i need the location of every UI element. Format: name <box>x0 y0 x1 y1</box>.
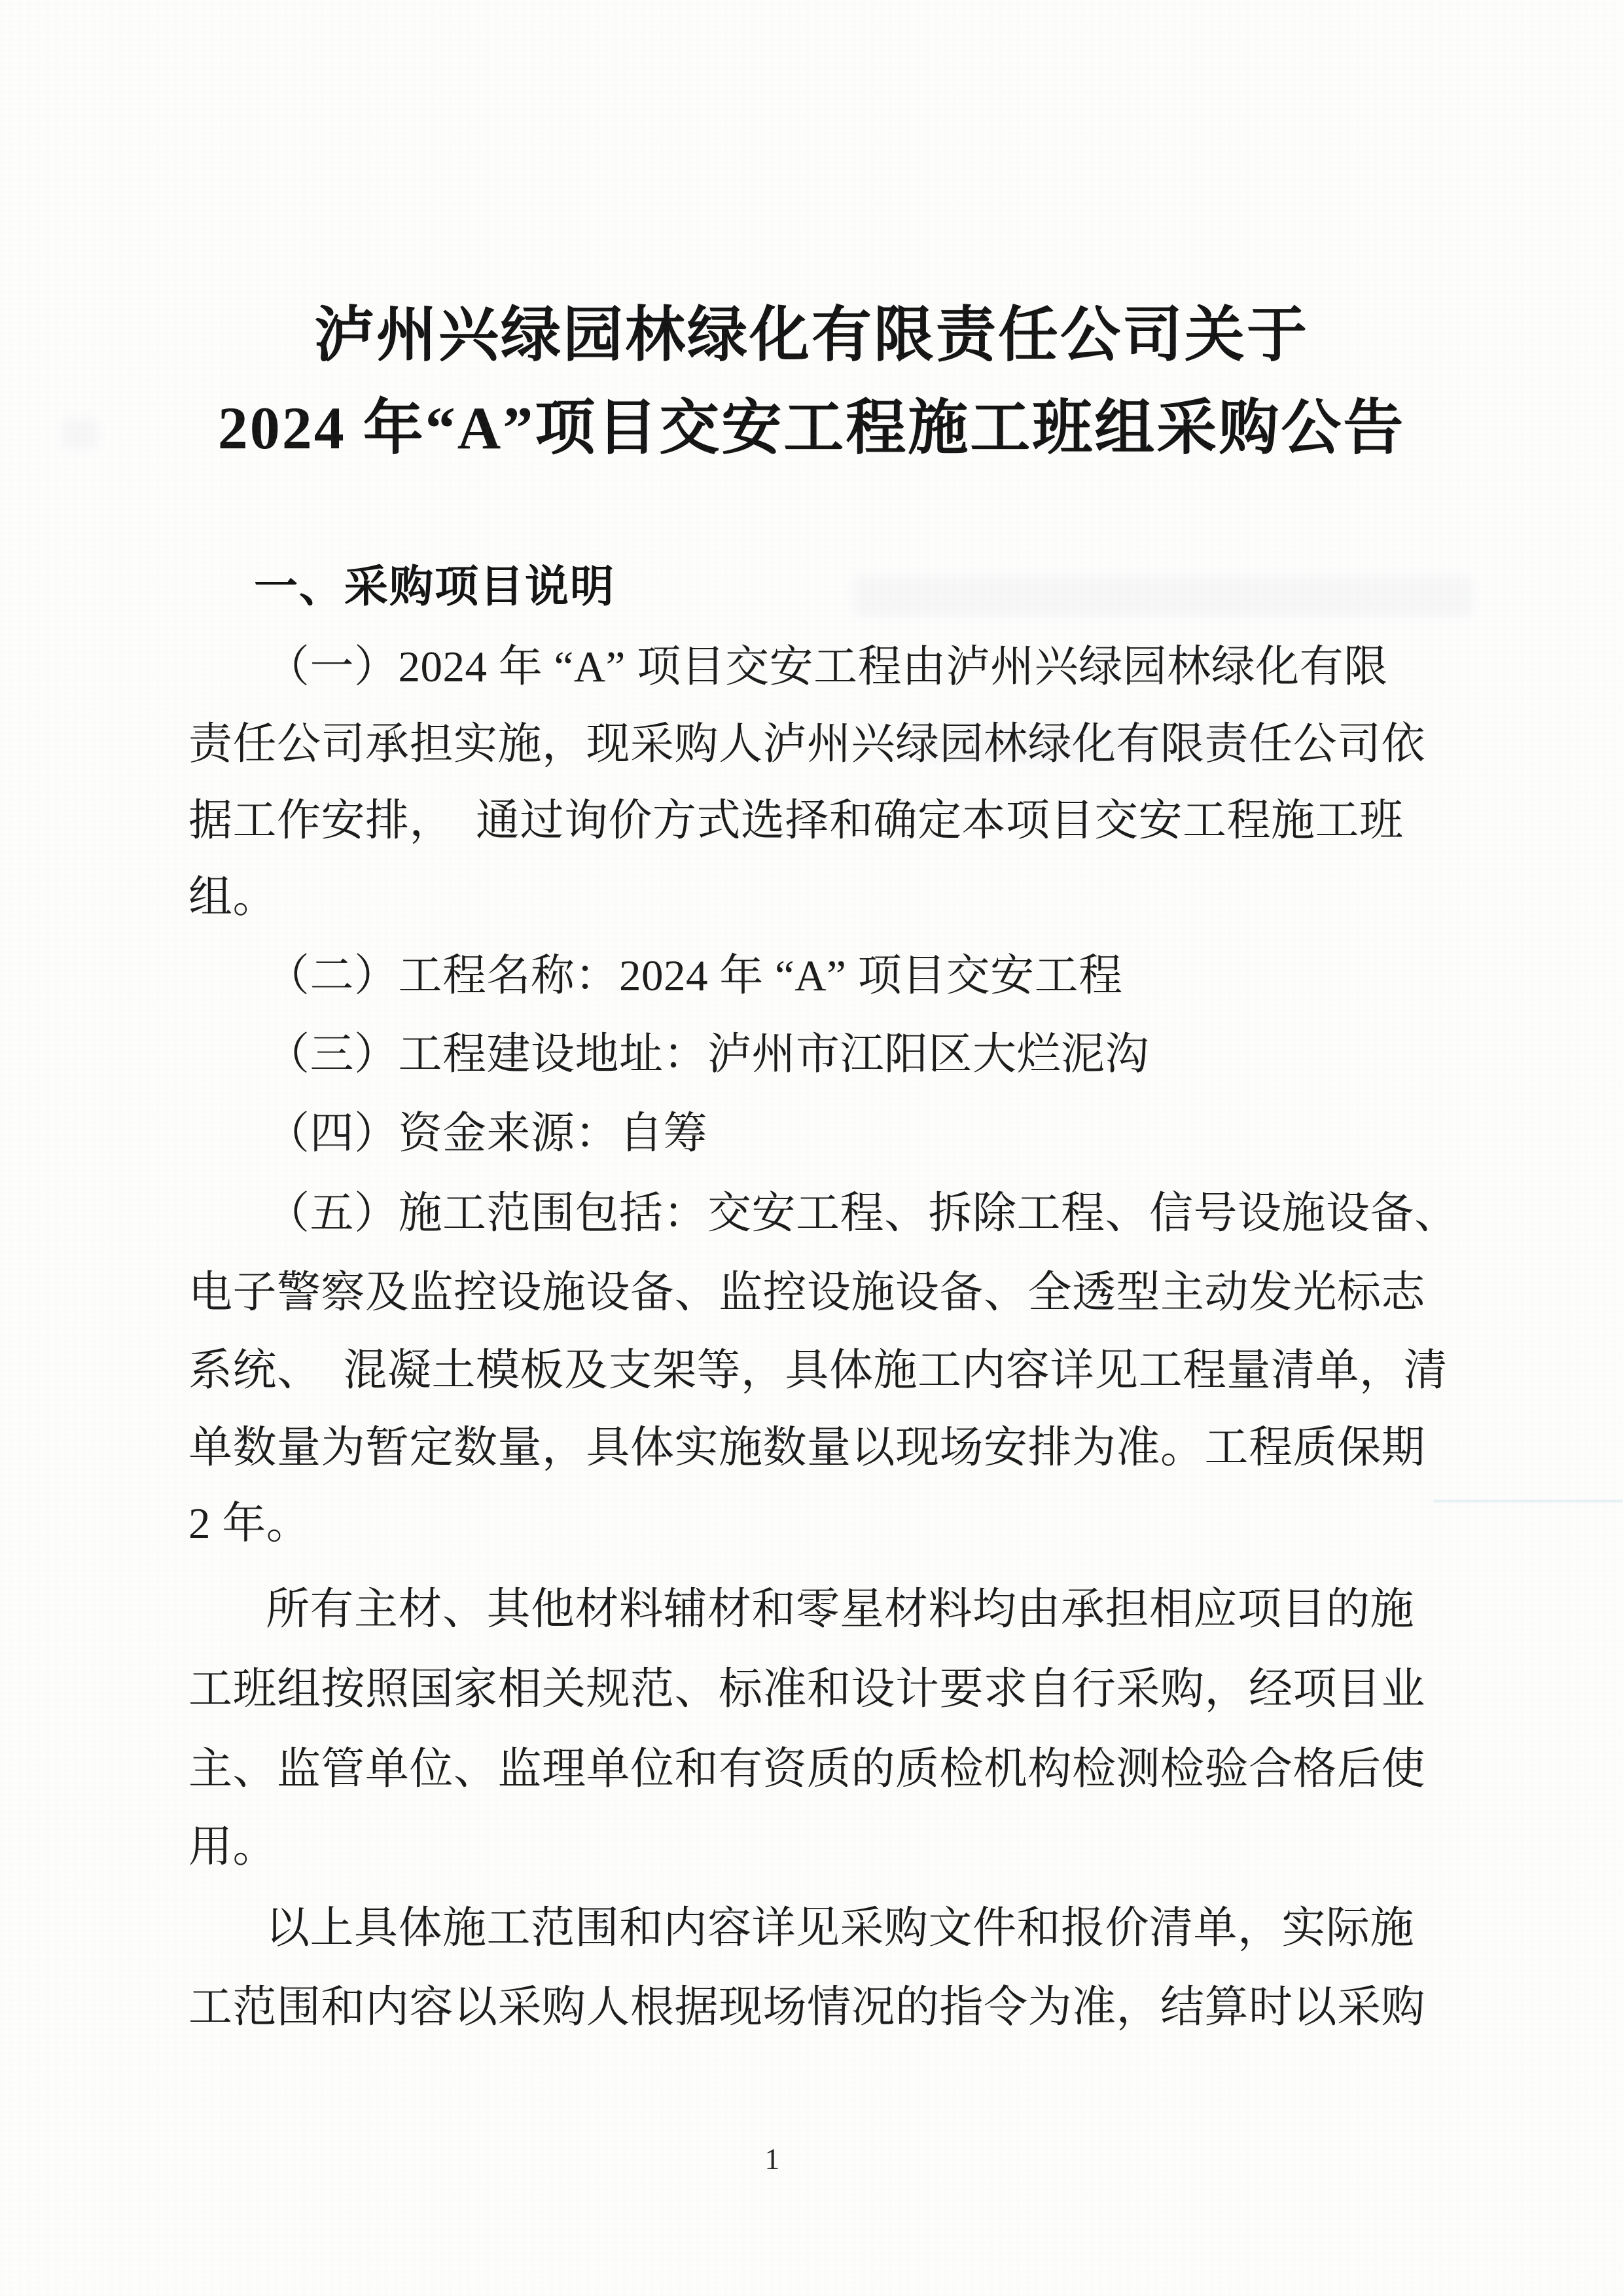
body-line: （三）工程建设地址：泸州市江阳区大烂泥沟 <box>188 1031 1149 1077</box>
body-line: 系统、 混凝土模板及支架等，具体施工内容详见工程量清单，清 <box>188 1348 1448 1393</box>
body-line: 2 年。 <box>188 1501 310 1547</box>
page-number: 1 <box>740 2142 805 2176</box>
body-line: 电子警察及监控设施设备、监控设施设备、全透型主动发光标志 <box>188 1270 1425 1316</box>
bleed-through-artifact <box>854 576 1472 617</box>
body-line: 工班组按照国家相关规范、标准和设计要求自行采购，经项目业 <box>188 1666 1425 1712</box>
body-line: 单数量为暂定数量，具体实施数量以现场安排为准。工程质保期 <box>188 1425 1425 1471</box>
scanner-line-artifact <box>1433 1500 1623 1502</box>
body-line: 用。 <box>188 1824 277 1870</box>
document-title-line-1: 泸州兴绿园林绿化有限责任公司关于 <box>0 302 1623 368</box>
body-line: （一）2024 年 “A” 项目交安工程由泸州兴绿园林绿化有限 <box>188 644 1388 690</box>
body-line: 工范围和内容以采购人根据现场情况的指令为准，结算时以采购 <box>188 1984 1425 2030</box>
scanned-document-page: 泸州兴绿园林绿化有限责任公司关于 2024 年“A”项目交安工程施工班组采购公告… <box>0 0 1623 2296</box>
body-line: 据工作安排， 通过询价方式选择和确定本项目交安工程施工班 <box>188 798 1404 844</box>
document-title-line-2: 2024 年“A”项目交安工程施工班组采购公告 <box>0 395 1623 461</box>
body-line: （二）工程名称：2024 年 “A” 项目交安工程 <box>188 953 1123 999</box>
body-line: 所有主材、其他材料辅材和零星材料均由承担相应项目的施 <box>188 1587 1414 1632</box>
body-line: 组。 <box>188 874 277 920</box>
body-line: （五）施工范围包括：交安工程、拆除工程、信号设施设备、 <box>188 1191 1459 1236</box>
section-heading: 一、采购项目说明 <box>188 564 615 610</box>
body-line: （四）资金来源：自筹 <box>188 1111 707 1157</box>
body-line: 主、监管单位、监理单位和有资质的质检机构检测检验合格后使 <box>188 1746 1425 1792</box>
body-line: 以上具体施工范围和内容详见采购文件和报价清单，实际施 <box>188 1905 1414 1951</box>
body-line: 责任公司承担实施，现采购人泸州兴绿园林绿化有限责任公司依 <box>188 721 1425 767</box>
